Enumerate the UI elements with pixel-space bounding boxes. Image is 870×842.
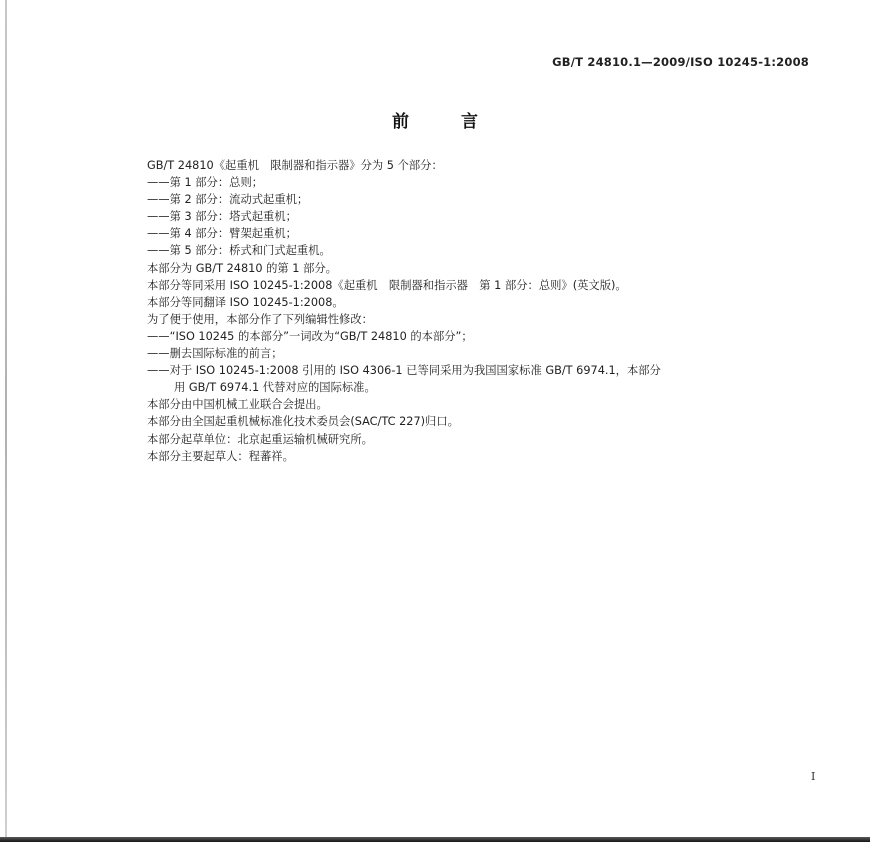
part-list-item: ——第 3 部分：塔式起重机；: [147, 208, 827, 225]
page-title: 前言: [0, 107, 870, 132]
page-number: I: [811, 770, 815, 783]
scan-bottom-edge: [0, 837, 870, 842]
paragraph-line: 本部分为 GB/T 24810 的第 1 部分。: [147, 260, 827, 277]
paragraph-line: 本部分由中国机械工业联合会提出。: [147, 396, 827, 413]
modification-item: ——删去国际标准的前言；: [147, 345, 827, 362]
part-list-item: ——第 4 部分：臂架起重机；: [147, 225, 827, 242]
part-list-item: ——第 2 部分：流动式起重机；: [147, 191, 827, 208]
modification-item-continued: 用 GB/T 6974.1 代替对应的国际标准。: [147, 379, 827, 396]
paragraph-line: 本部分主要起草人：程蕃祥。: [147, 448, 827, 465]
part-list-item: ——第 5 部分：桥式和门式起重机。: [147, 242, 827, 259]
part-list-item: ——第 1 部分：总则；: [147, 174, 827, 191]
standard-code-header: GB/T 24810.1—2009/ISO 10245-1:2008: [552, 55, 809, 69]
modification-item: ——“ISO 10245 的本部分”一词改为“GB/T 24810 的本部分”；: [147, 328, 827, 345]
paragraph-line: 本部分起草单位：北京起重运输机械研究所。: [147, 431, 827, 448]
foreword-body: GB/T 24810《起重机 限制器和指示器》分为 5 个部分： ——第 1 部…: [147, 157, 827, 465]
title-char-1: 前: [392, 107, 409, 132]
intro-line: GB/T 24810《起重机 限制器和指示器》分为 5 个部分：: [147, 157, 827, 174]
paragraph-line: 本部分由全国起重机械标准化技术委员会(SAC/TC 227)归口。: [147, 413, 827, 430]
paragraph-line: 本部分等同采用 ISO 10245-1:2008《起重机 限制器和指示器 第 1…: [147, 277, 827, 294]
modification-item: ——对于 ISO 10245-1:2008 引用的 ISO 4306-1 已等同…: [147, 362, 827, 379]
title-char-2: 言: [461, 107, 478, 132]
paragraph-line: 本部分等同翻译 ISO 10245-1:2008。: [147, 294, 827, 311]
paragraph-line: 为了便于使用，本部分作了下列编辑性修改：: [147, 311, 827, 328]
